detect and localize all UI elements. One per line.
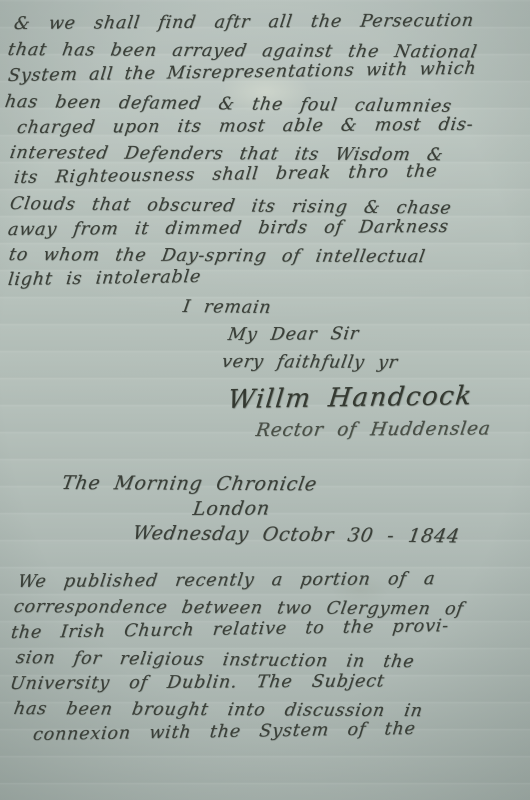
handwritten-line: the Irish Church relative to the provi-	[10, 616, 450, 643]
handwritten-line: sion for religious instruction in the	[14, 648, 415, 672]
handwritten-line: away from it dimmed birds of Darkness	[7, 217, 450, 240]
city-line: London	[192, 497, 272, 520]
handwritten-line: & we shall find aftr all the Persecution	[13, 11, 476, 34]
closing-faithfully: very faithfully yr	[220, 352, 399, 373]
handwritten-line: We published recently a portion of a	[17, 569, 437, 592]
signature: Willm Handcock	[226, 381, 474, 415]
handwritten-line: its Righteousness shall break thro the	[13, 161, 438, 188]
closing-remain: I remain	[181, 297, 272, 318]
handwritten-line: has been brought into discussion in	[12, 699, 424, 721]
manuscript-page: & we shall find aftr all the Persecution…	[0, 0, 530, 800]
handwritten-line: light is intolerable	[7, 267, 202, 290]
date-line: Wednesday Octobr 30 - 1844	[131, 522, 461, 547]
handwritten-line: has been defamed & the foul calumnies	[3, 92, 453, 117]
handwritten-line: System all the Misrepresentations with w…	[7, 59, 478, 86]
handwritten-line: University of Dublin. The Subject	[9, 671, 386, 694]
signer-title: Rector of Huddenslea	[255, 418, 492, 441]
handwritten-line: Clouds that obscured its rising & chase	[8, 194, 452, 219]
closing-salutation: My Dear Sir	[227, 324, 361, 345]
handwritten-line: charged upon its most able & most dis-	[16, 115, 475, 138]
handwritten-line: connexion with the System of the	[32, 719, 417, 745]
recipient-line: The Morning Chronicle	[60, 472, 319, 495]
handwritten-line: to whom the Day-spring of intellectual	[7, 245, 427, 267]
